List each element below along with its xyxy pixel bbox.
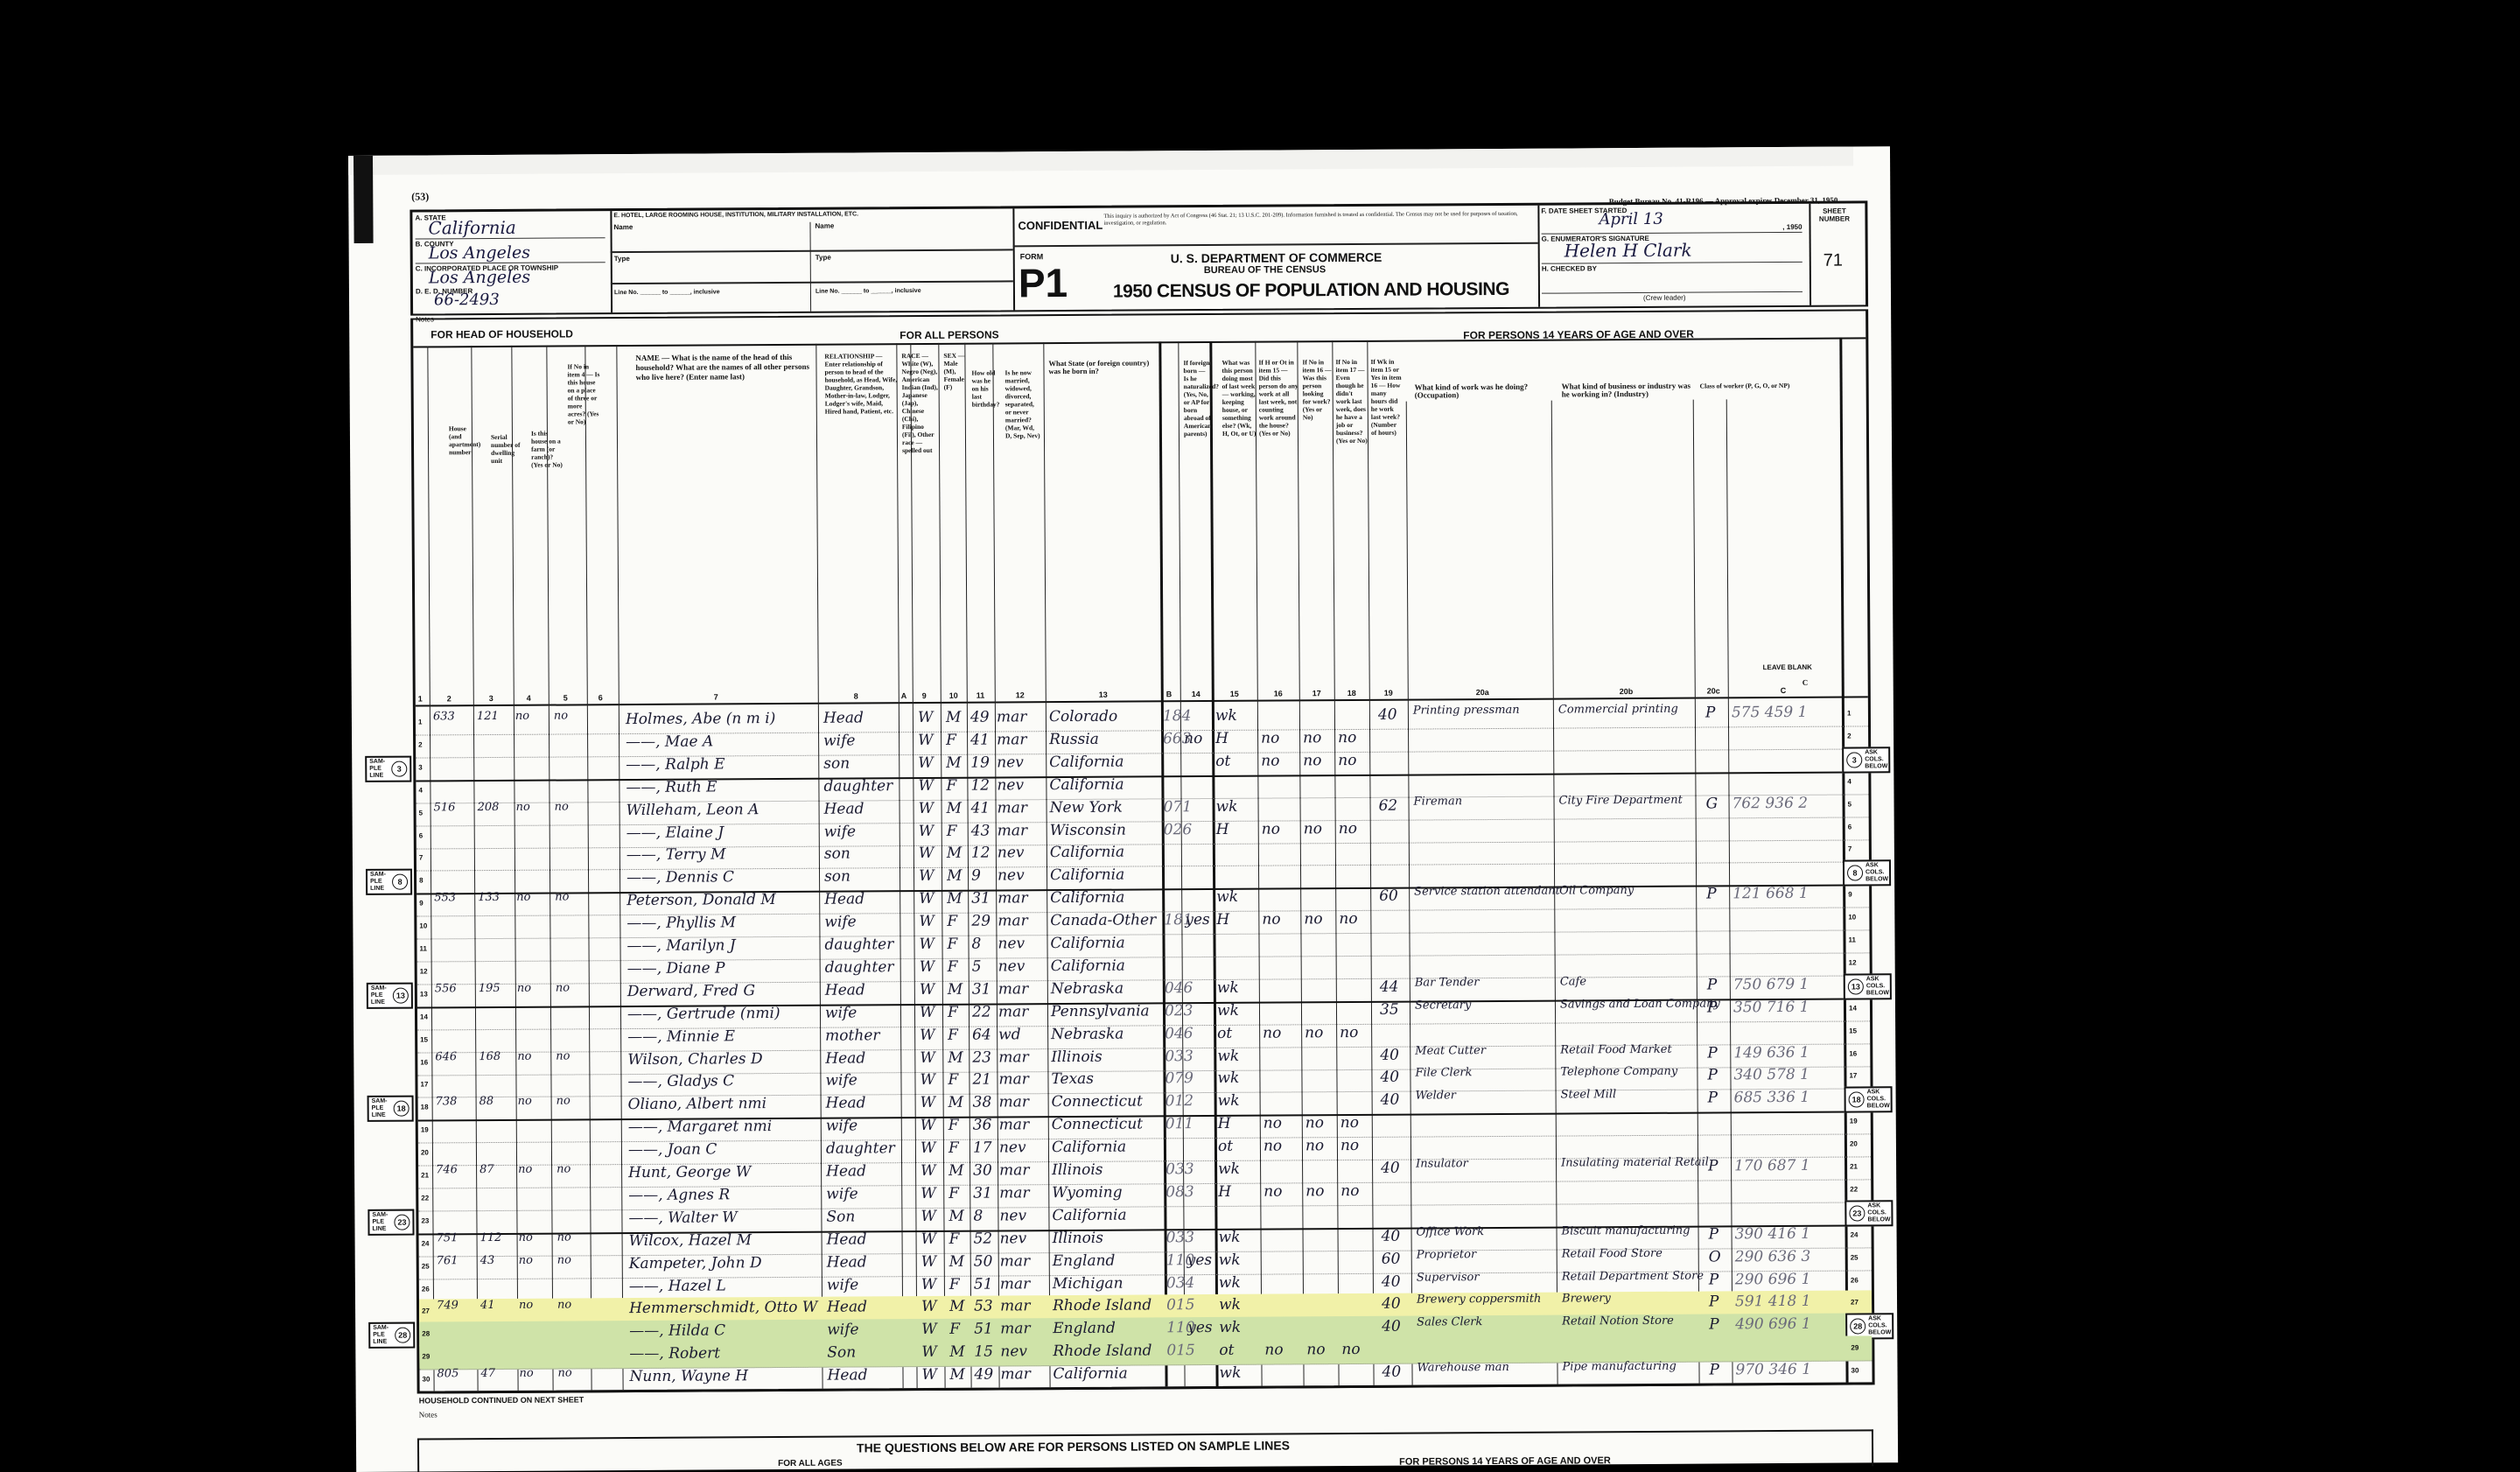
birthplace-code: 015 bbox=[1166, 1342, 1195, 1359]
serial-number: 168 bbox=[479, 1051, 500, 1062]
sample-for-14-over: FOR PERSONS 14 YEARS OF AGE AND OVER bbox=[1399, 1455, 1611, 1467]
industry: Retail Department Store bbox=[1562, 1271, 1704, 1282]
house-number: 516 bbox=[434, 803, 456, 813]
person-name: Willeham, Leon A bbox=[626, 801, 759, 819]
leave-blank-code: 762 936 2 bbox=[1732, 794, 1808, 812]
activity: wk bbox=[1219, 1228, 1241, 1245]
line-number: 7 bbox=[419, 854, 423, 862]
marital-status: nev bbox=[997, 754, 1024, 771]
sex: F bbox=[947, 822, 957, 839]
naturalized: yes bbox=[1185, 911, 1210, 929]
birthplace-code: 046 bbox=[1165, 979, 1193, 997]
line-number: 29 bbox=[422, 1353, 430, 1361]
relationship: Head bbox=[826, 1162, 866, 1180]
sex: F bbox=[949, 1275, 960, 1293]
hours-worked: 35 bbox=[1380, 1000, 1399, 1018]
farm-answer: no bbox=[517, 1051, 531, 1062]
ask-cols-label: ASK COLS. BELOW bbox=[1865, 749, 1886, 770]
state-value: California bbox=[428, 217, 515, 239]
birthplace: Michigan bbox=[1053, 1274, 1123, 1292]
person-name: ——, Phyllis M bbox=[626, 914, 736, 932]
line-number: 14 bbox=[420, 1013, 428, 1020]
q-birthplace: What State (or foreign country) was he b… bbox=[1048, 359, 1153, 375]
race: W bbox=[920, 981, 935, 999]
ask-cols-circle: 3 bbox=[1846, 752, 1862, 768]
title-block: CONFIDENTIAL This inquiry is authorized … bbox=[1012, 206, 1540, 311]
bureau: BUREAU OF THE CENSUS bbox=[1204, 264, 1326, 276]
class-of-worker: P bbox=[1708, 1090, 1718, 1107]
column-number: 3 bbox=[489, 694, 493, 703]
birthplace: Connecticut bbox=[1052, 1093, 1143, 1111]
sex: F bbox=[948, 1139, 959, 1157]
age: 50 bbox=[974, 1252, 993, 1270]
line-number-right: 17 bbox=[1849, 1072, 1857, 1080]
activity: wk bbox=[1219, 1319, 1241, 1336]
leave-blank-code: 121 668 1 bbox=[1732, 885, 1809, 903]
class-of-worker: P bbox=[1708, 1157, 1718, 1174]
person-name: ——, Minnie E bbox=[627, 1027, 735, 1046]
marital-status: mar bbox=[997, 799, 1028, 817]
birthplace: Illinois bbox=[1051, 1048, 1102, 1065]
house-number: 646 bbox=[435, 1052, 457, 1062]
marital-status: mar bbox=[999, 1094, 1030, 1111]
farm-answer: no bbox=[517, 984, 531, 994]
marital-status: nev bbox=[998, 957, 1025, 975]
looking-for-work: no bbox=[1304, 910, 1322, 928]
race: W bbox=[918, 754, 934, 772]
person-name: ——, Agnes R bbox=[628, 1186, 730, 1204]
column-number: 20c bbox=[1707, 686, 1720, 695]
line-number: 28 bbox=[422, 1330, 430, 1338]
confidential-label: CONFIDENTIAL bbox=[1018, 219, 1102, 233]
race: W bbox=[921, 1321, 937, 1338]
q-activity: What was this person doing most of last … bbox=[1221, 359, 1257, 438]
q-serial-number: Serial number of dwelling unit bbox=[491, 433, 524, 465]
column-number: 17 bbox=[1312, 689, 1321, 697]
person-name: ——, Margaret nmi bbox=[628, 1118, 773, 1136]
house-number: 746 bbox=[436, 1165, 458, 1175]
race: W bbox=[918, 777, 934, 795]
occupation: File Clerk bbox=[1415, 1069, 1472, 1079]
age: 19 bbox=[970, 754, 990, 771]
farm-answer: no bbox=[518, 1097, 532, 1107]
race: W bbox=[920, 1185, 936, 1202]
type-label-1: Type bbox=[614, 255, 630, 263]
age: 51 bbox=[974, 1275, 993, 1293]
birthplace: California bbox=[1052, 1139, 1126, 1157]
age: 29 bbox=[971, 913, 990, 930]
sample-line-marker: SAM-PLE LINE8 bbox=[366, 869, 412, 895]
farm-answer: no bbox=[515, 711, 529, 722]
industry: Commercial printing bbox=[1558, 704, 1678, 716]
sheet-header: a. STATE California b. COUNTY Los Angele… bbox=[409, 200, 1868, 315]
q-looking: If No in item 16 — Was this person looki… bbox=[1302, 358, 1332, 421]
worked-last-week: no bbox=[1262, 911, 1280, 929]
line-number: 20 bbox=[421, 1149, 429, 1157]
race: W bbox=[920, 1094, 936, 1111]
age: 31 bbox=[971, 890, 990, 908]
birthplace: California bbox=[1049, 753, 1123, 771]
race: W bbox=[919, 822, 934, 839]
checked-label: h. CHECKED BY bbox=[1542, 264, 1597, 272]
occupation: Secretary bbox=[1415, 1000, 1471, 1011]
leave-blank-code: 970 346 1 bbox=[1735, 1361, 1811, 1379]
birthplace-code: 033 bbox=[1166, 1229, 1195, 1246]
naturalized: yes bbox=[1187, 1251, 1213, 1269]
leave-blank-code: 350 716 1 bbox=[1733, 999, 1809, 1017]
serial-number: 43 bbox=[480, 1256, 495, 1266]
q-sex: SEX — Male (M), Female (F) bbox=[943, 352, 966, 391]
line-number: 26 bbox=[422, 1285, 430, 1293]
line-number-right: 20 bbox=[1850, 1140, 1858, 1148]
sample-line-label: SAM-PLE LINE bbox=[372, 1212, 391, 1233]
sex: F bbox=[947, 936, 957, 953]
sex: F bbox=[947, 913, 957, 930]
q-age: How old was he on his last birthday? bbox=[972, 368, 998, 408]
age: 64 bbox=[972, 1026, 991, 1043]
sex: F bbox=[948, 1003, 958, 1020]
industry: Telephone Company bbox=[1560, 1067, 1677, 1078]
looking-for-work: no bbox=[1305, 1137, 1324, 1154]
date-started: April 13 bbox=[1599, 210, 1662, 228]
serial-number: 47 bbox=[480, 1369, 495, 1379]
industry: Retail Food Market bbox=[1560, 1044, 1671, 1055]
relationship: wife bbox=[827, 1276, 858, 1293]
person-name: ——, Ralph E bbox=[626, 755, 724, 774]
race: W bbox=[921, 1230, 937, 1248]
person-name: Wilcox, Hazel M bbox=[629, 1231, 752, 1250]
occupation: Welder bbox=[1416, 1091, 1456, 1102]
house-number: 738 bbox=[436, 1097, 458, 1108]
age: 23 bbox=[972, 1048, 991, 1066]
person-name: Oliano, Albert nmi bbox=[628, 1095, 767, 1113]
activity: wk bbox=[1217, 1069, 1239, 1087]
has-job: no bbox=[1340, 1024, 1358, 1041]
sex: M bbox=[948, 1208, 964, 1225]
ask-cols-circle: 18 bbox=[1849, 1092, 1865, 1108]
activity: H bbox=[1218, 1115, 1231, 1132]
line-number-right: 27 bbox=[1851, 1299, 1858, 1307]
acres-answer: no bbox=[555, 802, 569, 812]
birthplace-code: 011 bbox=[1165, 1115, 1194, 1132]
worked-last-week: no bbox=[1261, 752, 1279, 769]
relationship: daughter bbox=[824, 936, 893, 953]
looking-for-work: no bbox=[1303, 752, 1321, 769]
has-job: no bbox=[1339, 819, 1357, 837]
person-name: ——, Diane P bbox=[627, 959, 725, 978]
sex: F bbox=[948, 1185, 959, 1202]
race: W bbox=[920, 1027, 935, 1044]
relationship: wife bbox=[825, 1004, 857, 1021]
household-continued-label: HOUSEHOLD CONTINUED ON NEXT SHEET bbox=[419, 1395, 584, 1405]
line-number-right: 12 bbox=[1849, 958, 1857, 966]
sample-line-marker: SAM-PLE LINE13 bbox=[367, 982, 413, 1008]
hours-worked: 40 bbox=[1381, 1091, 1400, 1109]
age: 22 bbox=[972, 1003, 991, 1020]
person-name: Peterson, Donald M bbox=[626, 891, 776, 909]
person-name: ——, Ruth E bbox=[626, 778, 717, 796]
sample-line-circle: 3 bbox=[391, 761, 407, 776]
location-block: a. STATE California b. COUNTY Los Angele… bbox=[412, 211, 612, 313]
marital-status: mar bbox=[1000, 1365, 1031, 1383]
birthplace-code: 012 bbox=[1165, 1092, 1194, 1110]
sex: F bbox=[948, 1071, 958, 1089]
serial-number: 121 bbox=[477, 711, 499, 722]
age: 49 bbox=[970, 709, 990, 726]
sample-line-label: SAM-PLE LINE bbox=[372, 1098, 391, 1119]
department: U. S. DEPARTMENT OF COMMERCE bbox=[1171, 250, 1382, 265]
leave-blank-code: 750 679 1 bbox=[1733, 976, 1809, 994]
line-number: 30 bbox=[423, 1376, 430, 1384]
occupation: Sales Clerk bbox=[1417, 1317, 1482, 1328]
sex: F bbox=[948, 1026, 958, 1043]
serial-number: 208 bbox=[478, 803, 500, 813]
marital-status: nev bbox=[997, 845, 1025, 862]
activity: H bbox=[1218, 1183, 1231, 1201]
race: W bbox=[920, 958, 935, 976]
person-name: ——, Robert bbox=[629, 1345, 720, 1363]
sample-line-label: SAM-PLE LINE bbox=[370, 872, 389, 893]
ask-cols-circle: 13 bbox=[1848, 978, 1864, 994]
line-number-right: 30 bbox=[1851, 1367, 1858, 1375]
name-label-2: Name bbox=[815, 222, 834, 230]
age: 30 bbox=[973, 1162, 992, 1180]
activity: H bbox=[1215, 730, 1228, 747]
q-name: NAME — What is the name of the head of t… bbox=[635, 353, 810, 382]
hours-worked: 60 bbox=[1379, 887, 1398, 905]
race: W bbox=[919, 845, 934, 862]
age: 17 bbox=[973, 1139, 992, 1157]
leave-blank-code: 149 636 1 bbox=[1733, 1043, 1809, 1062]
relationship: Head bbox=[827, 1230, 867, 1248]
line-range-1: Line No. ______ to ______, inclusive bbox=[614, 289, 720, 296]
class-of-worker: P bbox=[1706, 886, 1717, 903]
sex: M bbox=[948, 1094, 964, 1111]
q-house-number: House (and apartment) number bbox=[449, 424, 479, 456]
line-number-right: 1 bbox=[1847, 710, 1851, 718]
race: W bbox=[920, 1117, 936, 1134]
column-number: 13 bbox=[1099, 690, 1108, 699]
line-number: 25 bbox=[422, 1262, 430, 1270]
birthplace: Illinois bbox=[1052, 1161, 1102, 1179]
serial-number: 41 bbox=[480, 1300, 495, 1311]
relationship: wife bbox=[824, 823, 856, 840]
activity: wk bbox=[1217, 1047, 1239, 1064]
line-number: 10 bbox=[419, 922, 427, 930]
line-number: 16 bbox=[420, 1058, 428, 1066]
person-name: ——, Mae A bbox=[626, 732, 713, 751]
race: W bbox=[918, 709, 934, 726]
looking-for-work: no bbox=[1303, 729, 1321, 747]
hours-worked: 60 bbox=[1382, 1250, 1401, 1267]
sex: M bbox=[949, 1252, 965, 1270]
looking-for-work: no bbox=[1304, 820, 1322, 838]
leave-blank-code: 575 459 1 bbox=[1732, 704, 1808, 722]
line-number-right: 10 bbox=[1848, 914, 1856, 922]
race: W bbox=[921, 1366, 937, 1384]
sample-line-marker: SAM-PLE LINE23 bbox=[367, 1209, 414, 1235]
sample-line-marker: SAM-PLE LINE3 bbox=[365, 755, 411, 782]
hours-worked: 40 bbox=[1382, 1363, 1401, 1381]
birthplace: Pennsylvania bbox=[1051, 1002, 1150, 1020]
sex: M bbox=[946, 709, 962, 726]
serial-number: 112 bbox=[480, 1233, 502, 1244]
column-number: 8 bbox=[854, 691, 858, 700]
column-number: 9 bbox=[922, 691, 927, 700]
column-number: 15 bbox=[1230, 690, 1239, 698]
ask-cols-circle: 8 bbox=[1847, 866, 1863, 881]
serial-number: 88 bbox=[479, 1097, 494, 1107]
line-number: 21 bbox=[421, 1171, 429, 1179]
sample-line-label: SAM-PLE LINE bbox=[371, 985, 390, 1006]
relationship: Head bbox=[825, 981, 865, 999]
class-of-worker: P bbox=[1709, 1316, 1719, 1334]
person-name: ——, Joan C bbox=[628, 1141, 717, 1160]
industry: Brewery bbox=[1562, 1294, 1611, 1305]
q-class-of-worker: Class of worker (P, G, O, or NP) bbox=[1700, 382, 1805, 390]
sheet-number-label: SHEET NUMBER bbox=[1814, 207, 1854, 222]
sample-line-circle: 13 bbox=[393, 987, 409, 1003]
race: W bbox=[919, 867, 934, 885]
activity: ot bbox=[1219, 1342, 1234, 1359]
q-worked: If H or Ot in item 15 — Did this person … bbox=[1258, 358, 1299, 437]
farm-answer: no bbox=[519, 1369, 533, 1379]
birthplace: New York bbox=[1050, 798, 1123, 817]
activity: wk bbox=[1217, 1001, 1239, 1019]
activity: wk bbox=[1219, 1273, 1241, 1291]
acres-answer: no bbox=[556, 1164, 570, 1174]
age: 53 bbox=[974, 1298, 993, 1315]
race: W bbox=[920, 1048, 935, 1066]
occupation: Bar Tender bbox=[1415, 978, 1480, 988]
sample-line-circle: 28 bbox=[395, 1328, 410, 1343]
has-job: no bbox=[1339, 910, 1357, 928]
naturalized: yes bbox=[1187, 1319, 1213, 1336]
column-number: 18 bbox=[1347, 689, 1356, 697]
race: W bbox=[920, 1139, 936, 1157]
marital-status: wd bbox=[998, 1026, 1021, 1043]
leave-blank-label: LEAVE BLANK bbox=[1763, 663, 1812, 671]
farm-answer: no bbox=[519, 1232, 533, 1243]
relationship: mother bbox=[825, 1027, 879, 1044]
line-number: 23 bbox=[421, 1216, 429, 1224]
birthplace: Colorado bbox=[1049, 708, 1117, 725]
crew-leader-label: (Crew leader) bbox=[1643, 294, 1686, 302]
naturalized: no bbox=[1184, 730, 1202, 747]
acres-answer: no bbox=[556, 983, 570, 993]
worked-last-week: no bbox=[1261, 729, 1279, 747]
birthplace: California bbox=[1049, 775, 1123, 794]
line-number: 15 bbox=[420, 1035, 428, 1043]
marital-status: mar bbox=[997, 708, 1027, 725]
class-of-worker: P bbox=[1707, 999, 1718, 1016]
relationship: Head bbox=[823, 709, 864, 726]
birthplace: California bbox=[1052, 1206, 1126, 1224]
house-number: 751 bbox=[437, 1233, 458, 1244]
farm-answer: no bbox=[519, 1255, 533, 1265]
looking-for-work: no bbox=[1306, 1341, 1325, 1358]
industry: Pipe manufacturing bbox=[1562, 1362, 1676, 1373]
column-number: 14 bbox=[1192, 690, 1200, 698]
activity: wk bbox=[1215, 797, 1237, 815]
sex: M bbox=[949, 1366, 965, 1384]
person-name: ——, Dennis C bbox=[626, 869, 734, 887]
section-all-persons: FOR ALL PERSONS bbox=[899, 328, 998, 341]
farm-answer: no bbox=[516, 893, 530, 903]
column-number: 6 bbox=[598, 693, 603, 702]
sex: F bbox=[946, 776, 956, 794]
column-number: 4 bbox=[527, 694, 531, 703]
hours-worked: 40 bbox=[1382, 1295, 1401, 1313]
birthplace-code: 023 bbox=[1165, 1002, 1193, 1020]
age: 41 bbox=[970, 731, 990, 748]
line-number-right: 14 bbox=[1849, 1004, 1857, 1012]
sex: M bbox=[947, 845, 962, 862]
marital-status: mar bbox=[997, 912, 1028, 929]
birthplace: Russia bbox=[1049, 731, 1099, 748]
occupation: Meat Cutter bbox=[1415, 1046, 1486, 1056]
line-number: 18 bbox=[421, 1104, 429, 1111]
col-c-label: C bbox=[1802, 679, 1809, 687]
sex: F bbox=[948, 1117, 959, 1134]
race: W bbox=[921, 1253, 937, 1271]
q-marital: Is he now married, widowed, divorced, se… bbox=[1005, 368, 1040, 439]
age: 51 bbox=[974, 1321, 993, 1338]
line-number-right: 21 bbox=[1850, 1162, 1858, 1170]
sample-for-all-ages: FOR ALL AGES bbox=[778, 1459, 843, 1468]
line-number: 11 bbox=[420, 944, 428, 952]
marital-status: mar bbox=[998, 1003, 1029, 1020]
birthplace: Wyoming bbox=[1052, 1184, 1122, 1202]
worked-last-week: no bbox=[1262, 820, 1280, 838]
column-number: B bbox=[1166, 690, 1172, 698]
marital-status: mar bbox=[998, 1048, 1029, 1066]
relationship: Head bbox=[827, 1299, 867, 1316]
sheet-number-block: SHEET NUMBER 71 bbox=[1809, 203, 1860, 305]
relationship: wife bbox=[827, 1321, 858, 1339]
hours-worked: 44 bbox=[1380, 978, 1399, 995]
line-number: 27 bbox=[422, 1307, 430, 1315]
age: 31 bbox=[973, 1184, 992, 1202]
leave-blank-code: 340 578 1 bbox=[1733, 1066, 1809, 1084]
activity: H bbox=[1216, 911, 1229, 929]
birthplace: Nebraska bbox=[1051, 979, 1123, 998]
line-number: 12 bbox=[420, 967, 428, 975]
sample-line-marker: SAM-PLE LINE28 bbox=[368, 1322, 415, 1349]
column-number: A bbox=[901, 691, 907, 700]
marital-status: mar bbox=[998, 980, 1029, 998]
birthplace: Nebraska bbox=[1051, 1025, 1123, 1043]
acres-answer: no bbox=[557, 1300, 571, 1311]
leave-blank-code: 170 687 1 bbox=[1734, 1157, 1810, 1175]
line-number-right: 4 bbox=[1847, 777, 1851, 785]
house-number: 761 bbox=[437, 1256, 458, 1266]
farm-answer: no bbox=[516, 802, 530, 812]
sample-line-circle: 23 bbox=[394, 1214, 409, 1230]
birthplace-code: 015 bbox=[1166, 1297, 1195, 1314]
worked-last-week: no bbox=[1263, 1115, 1282, 1132]
sample-line-circle: 18 bbox=[394, 1101, 409, 1117]
county-value: Los Angeles bbox=[429, 243, 530, 263]
house-number: 805 bbox=[437, 1369, 458, 1379]
age: 52 bbox=[974, 1230, 993, 1247]
has-job: no bbox=[1340, 1114, 1359, 1132]
q-race: RACE — White (W), Negro (Neg), American … bbox=[901, 352, 939, 454]
marital-status: mar bbox=[997, 731, 1027, 748]
census-sheet: (53) Budget Bureau No. 41-R196 — Approva… bbox=[348, 146, 1898, 1472]
occupation: Proprietor bbox=[1417, 1250, 1477, 1260]
activity: wk bbox=[1218, 1092, 1240, 1110]
